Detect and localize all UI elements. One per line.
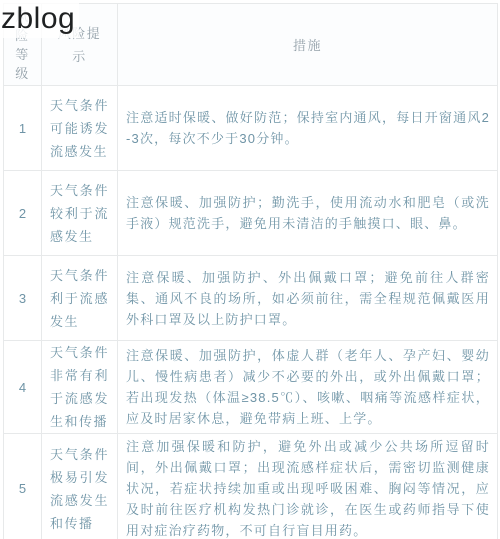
risk-level-value: 3 (4, 256, 42, 341)
measure-text: 注意保暖、加强防护，体虚人群（老年人、孕产妇、婴幼儿、慢性病患者）减少不必要的外… (118, 341, 498, 434)
risk-level-value: 5 (4, 434, 42, 539)
flu-risk-table: 风险等级 风险提示 措施 1 天气条件可能诱发流感发生 注意适时保暖、做好防范；… (3, 3, 498, 539)
page: { "watermark": { "text": "zblog" }, "tab… (0, 0, 500, 539)
measure-text: 注意适时保暖、做好防范；保持室内通风，每日开窗通风2-3次，每次不少于30分钟。 (118, 86, 498, 171)
table-row: 3 天气条件利于流感发生 注意保暖、加强防护、外出佩戴口罩；避免前往人群密集、通… (4, 256, 498, 341)
risk-level-value: 2 (4, 171, 42, 256)
header-measures: 措施 (118, 4, 498, 86)
table-row: 2 天气条件较利于流感发生 注意保暖、加强防护；勤洗手，使用流动水和肥皂（或洗手… (4, 171, 498, 256)
risk-hint-text: 天气条件较利于流感发生 (42, 171, 118, 256)
table-body: 1 天气条件可能诱发流感发生 注意适时保暖、做好防范；保持室内通风，每日开窗通风… (4, 86, 498, 539)
measure-text: 注意加强保暖和防护，避免外出或减少公共场所逗留时间，外出佩戴口罩；出现流感样症状… (118, 434, 498, 539)
zblog-watermark: zblog (0, 0, 79, 38)
measure-text: 注意保暖、加强防护；勤洗手，使用流动水和肥皂（或洗手液）规范洗手，避免用未清洁的… (118, 171, 498, 256)
table-row: 4 天气条件非常有利于流感发生和传播 注意保暖、加强防护，体虚人群（老年人、孕产… (4, 341, 498, 434)
table-row: 1 天气条件可能诱发流感发生 注意适时保暖、做好防范；保持室内通风，每日开窗通风… (4, 86, 498, 171)
risk-hint-text: 天气条件利于流感发生 (42, 256, 118, 341)
risk-hint-text: 天气条件非常有利于流感发生和传播 (42, 341, 118, 434)
measure-text: 注意保暖、加强防护、外出佩戴口罩；避免前往人群密集、通风不良的场所，如必须前往，… (118, 256, 498, 341)
risk-level-value: 4 (4, 341, 42, 434)
risk-hint-text: 天气条件极易引发流感发生和传播 (42, 434, 118, 539)
table-row: 5 天气条件极易引发流感发生和传播 注意加强保暖和防护，避免外出或减少公共场所逗… (4, 434, 498, 539)
risk-hint-text: 天气条件可能诱发流感发生 (42, 86, 118, 171)
risk-level-value: 1 (4, 86, 42, 171)
